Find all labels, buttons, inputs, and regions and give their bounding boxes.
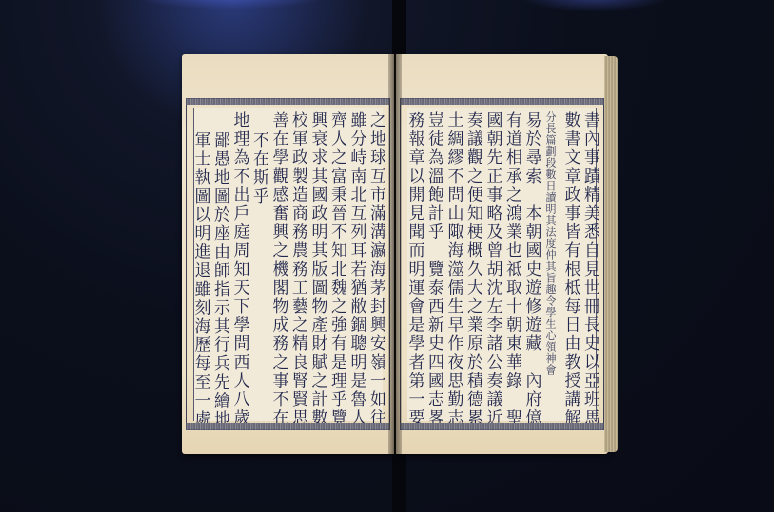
text-column: 豈徒為溫飽計乎 覽泰西新史四國志畧及時 xyxy=(425,111,444,423)
text-columns: 書內事蹟精美悉自見世冊長史以亞班馬熟覽 數書文章政事皆有根柢每日由教授講解一篇 … xyxy=(405,111,599,423)
book-fore-edge xyxy=(604,56,618,452)
text-column: 國朝先正事略及曾胡沈左李諸公奏議近日疆帥 xyxy=(483,111,502,423)
print-frame: 之地球互市滿溝瀛海茅封興安嶺一如往時匕 雖分峙南北互列耳若猶敝錮聰明是魯人不知 … xyxy=(186,98,390,430)
book-gutter xyxy=(388,54,402,454)
text-column: 地理為不出戶庭周知天下學問西人八歲入學 xyxy=(230,111,249,423)
text-column: 數書文章政事皆有根柢每日由教授講解一篇 xyxy=(561,111,580,423)
frame-bottom-border xyxy=(186,423,390,430)
text-column-annotation: 分長篇劃段數日讀明其法度仲其旨趣令學生心領神會 xyxy=(542,111,561,423)
frame-bottom-border xyxy=(400,423,604,430)
text-column: 鄙愚地圖於座由師指示其行兵先繪地圖 xyxy=(211,111,230,423)
right-page: 書內事蹟精美悉自見世冊長史以亞班馬熟覽 數書文章政事皆有根柢每日由教授講解一篇 … xyxy=(396,54,608,454)
text-column: 不在斯乎 xyxy=(250,111,269,423)
text-column: 務報章以開見聞而明運會是學者第一要務今 xyxy=(405,111,424,423)
text-column: 善在學觀感奮興之機閣物成務之事不在斯乎 xyxy=(269,111,288,423)
text-column: 興衰求其國政明其版圖物產財賦之計數考其學 xyxy=(308,111,327,423)
text-column: 軍士執圖以明進退雖刻海歷每至一處無不測 xyxy=(191,111,210,423)
text-column: 書內事蹟精美悉自見世冊長史以亞班馬熟覽 xyxy=(581,111,600,423)
text-column: 奏議觀之便知梗概久大之業原於積德累仁桑 xyxy=(464,111,483,423)
left-page: 之地球互市滿溝瀛海茅封興安嶺一如往時匕 雖分峙南北互列耳若猶敝錮聰明是魯人不知 … xyxy=(182,54,394,454)
frame-top-border xyxy=(186,98,390,105)
background-light-glow xyxy=(520,0,670,12)
print-frame: 書內事蹟精美悉自見世冊長史以亞班馬熟覽 數書文章政事皆有根柢每日由教授講解一篇 … xyxy=(400,98,604,430)
text-column: 雖分峙南北互列耳若猶敝錮聰明是魯人不知 xyxy=(347,111,366,423)
frame-top-border xyxy=(400,98,604,105)
text-columns: 之地球互市滿溝瀛海茅封興安嶺一如往時匕 雖分峙南北互列耳若猶敝錮聰明是魯人不知 … xyxy=(191,111,385,423)
text-column: 之地球互市滿溝瀛海茅封興安嶺一如往時匕 xyxy=(367,111,386,423)
text-column: 土綢繆不問山陬海澨儒生早作夜思勤志勵學 xyxy=(444,111,463,423)
text-column: 校軍政製造商務農務工藝之精良腎賢思齊師 xyxy=(289,111,308,423)
text-column: 易於尋索 本朝國史遊修遊藏 內府億萬年 xyxy=(522,111,541,423)
text-column: 齊人之富秉晉不知北魏之強有是理乎覽其廢 xyxy=(328,111,347,423)
text-column: 有道相承之鴻業也祗取十朝東華錄 聖武記 xyxy=(503,111,522,423)
background-light-glow xyxy=(130,0,330,10)
